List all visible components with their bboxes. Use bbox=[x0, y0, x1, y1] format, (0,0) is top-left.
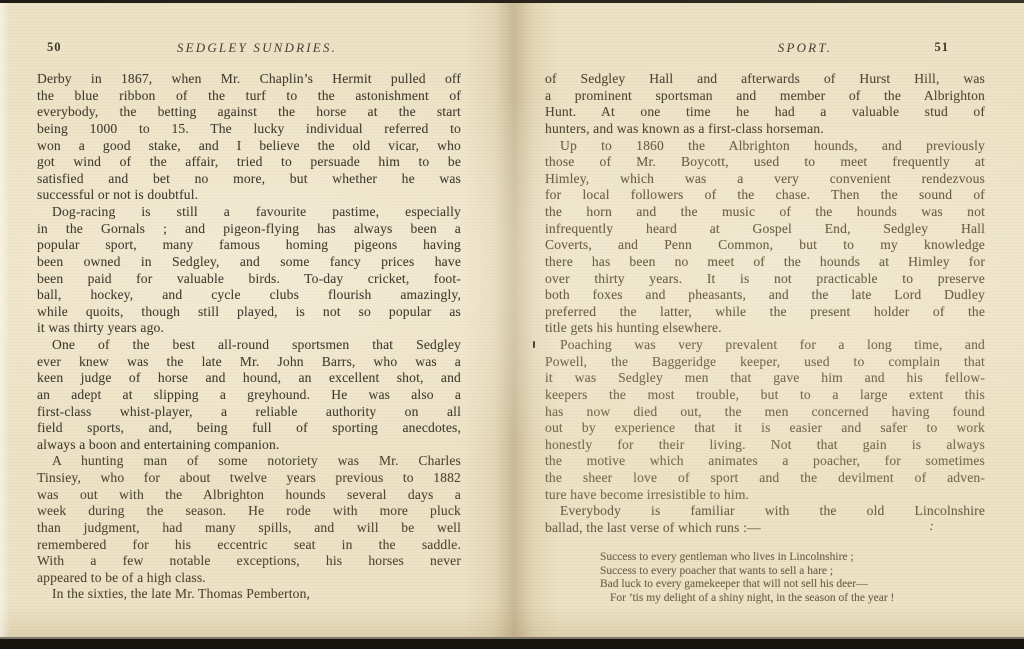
text-line: a prominent sportsman and member of the … bbox=[545, 88, 985, 105]
text-line: appeared to be of a high class. bbox=[37, 570, 461, 587]
photo-edge-bottom bbox=[0, 637, 1024, 649]
text-line: being 1000 to 15. The lucky individual r… bbox=[37, 121, 461, 138]
text-line: keepers the most trouble, but to a large… bbox=[545, 387, 985, 404]
text-line: out by experience that it is easier and … bbox=[545, 420, 985, 437]
text-line: always a boon and entertaining companion… bbox=[37, 437, 461, 454]
text-line: of Sedgley Hall and afterwards of Hurst … bbox=[545, 71, 985, 88]
text-line: honestly for their living. Not that gain… bbox=[545, 437, 985, 454]
ballad-verse: Success to every gentleman who lives in … bbox=[600, 551, 1000, 605]
page-number-right: 51 bbox=[935, 40, 950, 55]
text-line: first-class whist-player, a reliable aut… bbox=[37, 404, 461, 421]
text-line: it was thirty years ago. bbox=[37, 320, 461, 337]
verse-line: Success to every poacher that wants to s… bbox=[600, 565, 1000, 579]
page-number-left: 50 bbox=[47, 40, 62, 55]
text-line: Himley, which was a very convenient rend… bbox=[545, 171, 985, 188]
running-title-left: SEDGLEY SUNDRIES. bbox=[45, 40, 469, 56]
text-line: Derby in 1867, when Mr. Chaplin’s Hermit… bbox=[37, 71, 461, 88]
page-body-left: Derby in 1867, when Mr. Chaplin’s Hermit… bbox=[37, 71, 461, 603]
text-line: those of Mr. Boycott, used to meet frequ… bbox=[545, 154, 985, 171]
text-line: Tinsiey, who for about twelve years prev… bbox=[37, 470, 461, 487]
page-left: 50 SEDGLEY SUNDRIES. Derby in 1867, when… bbox=[0, 3, 512, 637]
verse-line: Success to every gentleman who lives in … bbox=[600, 551, 1000, 565]
text-line: Coverts, and Penn Common, but to my know… bbox=[545, 237, 985, 254]
text-line: has now died out, the men concerned havi… bbox=[545, 404, 985, 421]
text-line: ballad, the last verse of which runs :— bbox=[545, 520, 985, 537]
text-line: than judgment, had many spills, and will… bbox=[37, 520, 461, 537]
text-line: the sheer love of sport and the devilmen… bbox=[545, 470, 985, 487]
verse-line: Bad luck to every gamekeeper that will n… bbox=[600, 578, 1000, 592]
page-right: SPORT. 51 of Sedgley Hall and afterwards… bbox=[512, 3, 1024, 637]
text-line: was out with the Albrighton hounds sever… bbox=[37, 487, 461, 504]
text-line: been owned in Sedgley, and some fancy pr… bbox=[37, 254, 461, 271]
text-line: both foxes and pheasants, and the late L… bbox=[545, 287, 985, 304]
page-header-left: 50 SEDGLEY SUNDRIES. bbox=[0, 40, 512, 56]
verse-line: For ’tis my delight of a shiny night, in… bbox=[600, 592, 1000, 606]
text-line: ever knew was the late Mr. John Barrs, w… bbox=[37, 354, 461, 371]
text-line: field sports, and, being full of sportin… bbox=[37, 420, 461, 437]
book-spread-photo: 50 SEDGLEY SUNDRIES. Derby in 1867, when… bbox=[0, 0, 1024, 649]
text-line: hunters, and was known as a first-class … bbox=[545, 121, 985, 138]
text-line: got wind of the affair, tried to persuad… bbox=[37, 154, 461, 171]
text-line: Hunt. At one time he had a valuable stud… bbox=[545, 104, 985, 121]
text-line: remembered for his eccentric seat in the… bbox=[37, 537, 461, 554]
text-line: With a few notable exceptions, his horse… bbox=[37, 553, 461, 570]
text-line: there has been no meet of the hounds at … bbox=[545, 254, 985, 271]
text-line: over thirty years. It is not practicable… bbox=[545, 271, 985, 288]
text-line: Up to 1860 the Albrighton hounds, and pr… bbox=[545, 138, 985, 155]
text-line: been paid for valuable birds. To-day cri… bbox=[37, 271, 461, 288]
text-line: One of the best all-round sportsmen that… bbox=[37, 337, 461, 354]
text-line: successful or not is doubtful. bbox=[37, 187, 461, 204]
running-title-right: SPORT. bbox=[585, 40, 1024, 56]
text-line: the blue ribbon of the turf to the aston… bbox=[37, 88, 461, 105]
ink-speck bbox=[533, 341, 535, 348]
text-line: Powell, the Baggeridge keeper, used to c… bbox=[545, 354, 985, 371]
text-line: keen judge of horse and hound, an excell… bbox=[37, 370, 461, 387]
text-line: week during the season. He rode with mor… bbox=[37, 503, 461, 520]
text-line: satisfied and bet no more, but whether h… bbox=[37, 171, 461, 188]
text-line: for local followers of the chase. Then t… bbox=[545, 187, 985, 204]
text-line: infrequently heard at Gospel End, Sedgle… bbox=[545, 221, 985, 238]
text-line: an adept at slipping a greyhound. He was… bbox=[37, 387, 461, 404]
text-line: it was Sedgley men that gave him and his… bbox=[545, 370, 985, 387]
text-line: Dog-racing is still a favourite pastime,… bbox=[37, 204, 461, 221]
text-line: while quoits, though still played, is no… bbox=[37, 304, 461, 321]
text-line: the motive which animates a poacher, for… bbox=[545, 453, 985, 470]
text-line: won a good stake, and I believe the old … bbox=[37, 138, 461, 155]
text-line: A hunting man of some notoriety was Mr. … bbox=[37, 453, 461, 470]
text-line: the horn and the music of the hounds was… bbox=[545, 204, 985, 221]
text-line: ture have become irresistible to him. bbox=[545, 487, 985, 504]
text-line: title gets his hunting elsewhere. bbox=[545, 320, 985, 337]
page-body-right: of Sedgley Hall and afterwards of Hurst … bbox=[545, 71, 985, 537]
text-line: ball, hockey, and cycle clubs flourish a… bbox=[37, 287, 461, 304]
text-line: preferred the latter, while the present … bbox=[545, 304, 985, 321]
text-line: Everybody is familiar with the old Linco… bbox=[545, 503, 985, 520]
text-line: everybody, the betting against the horse… bbox=[37, 104, 461, 121]
text-line: popular sport, many famous homing pigeon… bbox=[37, 237, 461, 254]
text-line: In the sixties, the late Mr. Thomas Pemb… bbox=[37, 586, 461, 603]
page-header-right: SPORT. 51 bbox=[512, 40, 1024, 56]
text-line: Poaching was very prevalent for a long t… bbox=[545, 337, 985, 354]
text-line: in the Gornals ; and pigeon-flying has a… bbox=[37, 221, 461, 238]
